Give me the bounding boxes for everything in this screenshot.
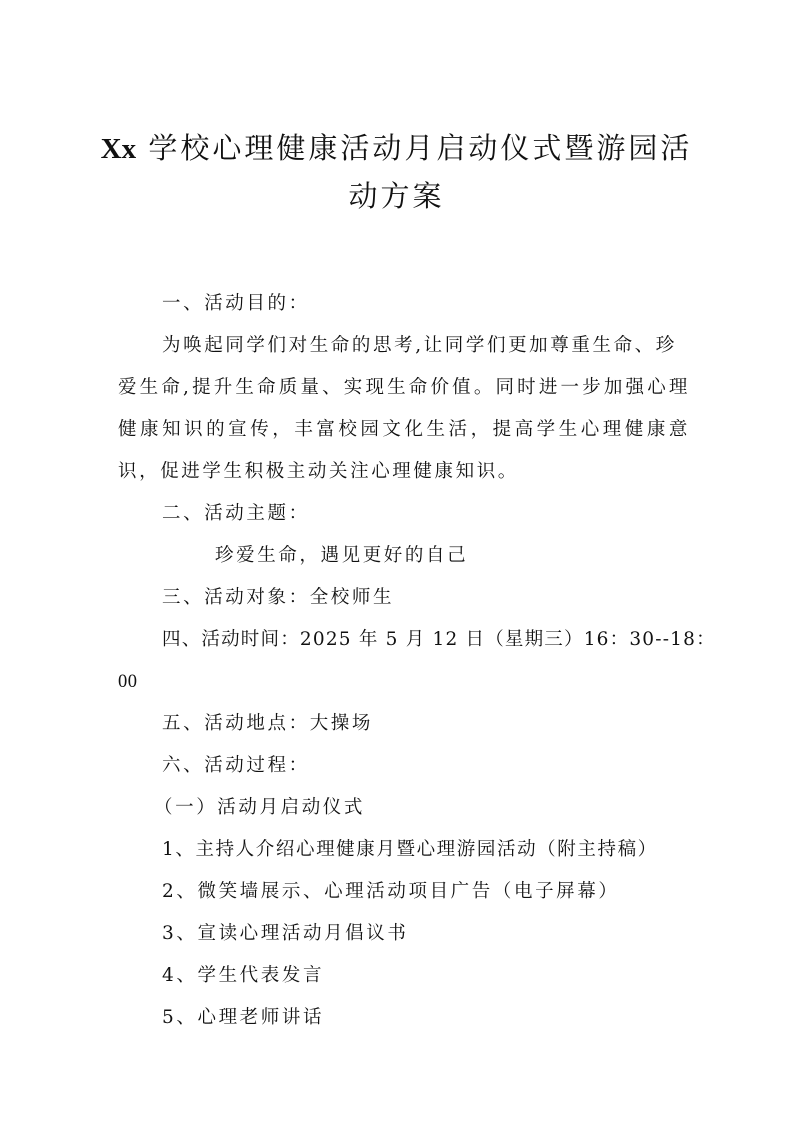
title-text: 学校心理健康活动月启动仪式暨游园活	[136, 131, 692, 165]
process-step: 5、心理老师讲话	[118, 1006, 734, 1030]
process-step: 4、学生代表发言	[118, 964, 734, 988]
section-time-continued: 00	[118, 670, 690, 694]
purpose-paragraph-line: 识，促进学生积极主动关注心理健康知识。	[118, 460, 690, 484]
process-step: 1、主持人介绍心理健康月暨心理游园活动（附主持稿）	[118, 838, 734, 862]
section-theme-heading: 二、活动主题：	[118, 502, 734, 526]
theme-text: 珍爱生命，遇见更好的自己	[118, 544, 787, 568]
purpose-paragraph-line: 爱生命,提升生命质量、实现生命价值。同时进一步加强心理	[118, 376, 690, 400]
section-purpose-heading: 一、活动目的：	[118, 292, 734, 316]
process-step: 3、宣读心理活动月倡议书	[118, 922, 734, 946]
section-location: 五、活动地点：大操场	[118, 712, 734, 736]
section-audience: 三、活动对象：全校师生	[118, 586, 734, 610]
document-title-line-1: Xx 学校心理健康活动月启动仪式暨游园活	[100, 124, 693, 173]
purpose-paragraph-line: 为唤起同学们对生命的思考,让同学们更加尊重生命、珍	[118, 334, 734, 358]
title-school-prefix: Xx	[101, 133, 136, 165]
section-process-heading: 六、活动过程：	[118, 754, 734, 778]
purpose-paragraph-line: 健康知识的宣传，丰富校园文化生活，提高学生心理健康意	[118, 418, 690, 442]
section-time: 四、活动时间：2025 年 5 月 12 日（星期三）16：30--18：	[118, 628, 734, 652]
subsection-launch-ceremony: （一）活动月启动仪式	[118, 796, 726, 820]
process-step: 2、微笑墙展示、心理活动项目广告（电子屏幕）	[118, 880, 734, 904]
document-title-line-2: 动方案	[100, 172, 693, 220]
